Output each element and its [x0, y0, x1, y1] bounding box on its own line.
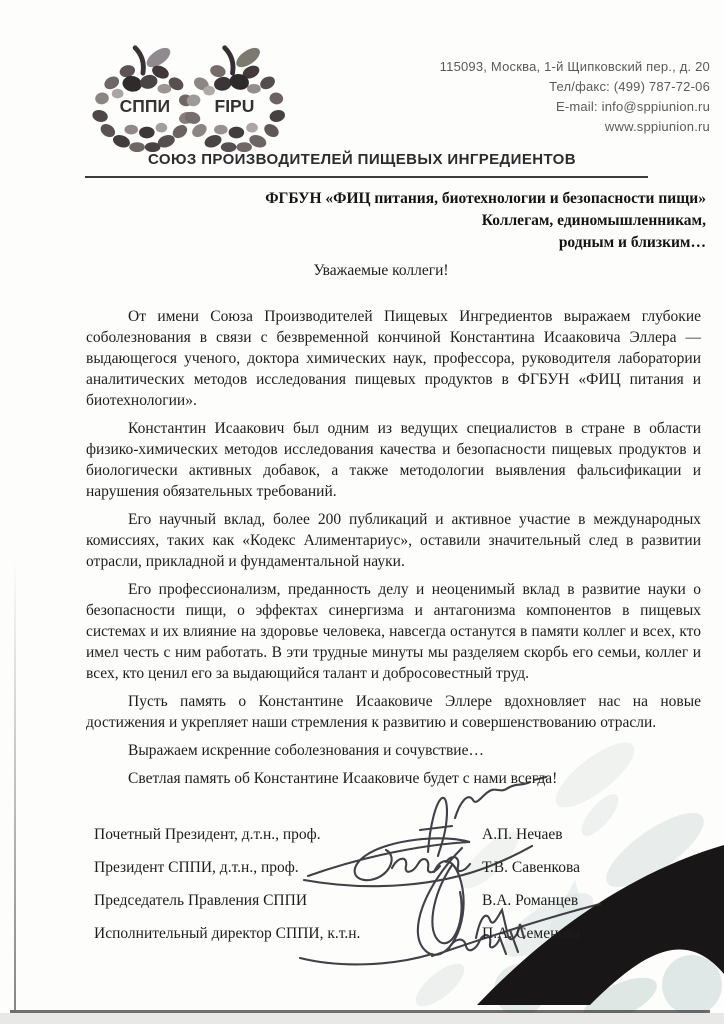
handwritten-signatures: [280, 770, 630, 970]
addressee-block: ФГБУН «ФИЦ питания, биотехнологии и безо…: [265, 188, 706, 254]
contact-block: 115093, Москва, 1-й Щипковский пер., д. …: [440, 57, 710, 137]
paragraph: Выражаем искренние соболезнования и сочу…: [86, 740, 701, 761]
contact-website: www.sppiunion.ru: [440, 117, 710, 137]
addressee-line: ФГБУН «ФИЦ питания, биотехнологии и безо…: [265, 188, 706, 210]
paragraph: Константин Исаакович был одним из ведущи…: [86, 418, 701, 502]
apple-fipu: FIPU: [184, 44, 287, 152]
paragraph: От имени Союза Производителей Пищевых Ин…: [86, 306, 701, 411]
addressee-line: родным и близким…: [265, 232, 706, 254]
logo-label-sppi: СППИ: [120, 96, 170, 116]
header-rule: [85, 176, 648, 178]
signature-stroke: [420, 826, 452, 830]
signer-title: Президент СППИ, д.т.н., проф.: [94, 859, 299, 876]
organization-title: СОЮЗ ПРОИЗВОДИТЕЛЕЙ ПИЩЕВЫХ ИНГРЕДИЕНТОВ: [0, 151, 724, 168]
scan-edge-left: [14, 560, 16, 1010]
sppi-fipu-logo: СППИ: [88, 40, 303, 152]
signature-stroke: [392, 859, 440, 873]
signature-stroke: [455, 782, 530, 818]
signature-stroke: [418, 848, 464, 955]
signature-stroke: [534, 777, 546, 780]
addressee-line: Коллегам, единомышленникам,: [265, 210, 706, 232]
contact-address: 115093, Москва, 1-й Щипковский пер., д. …: [440, 57, 710, 77]
letter-body: От имени Союза Производителей Пищевых Ин…: [86, 306, 701, 796]
apple-sppi: СППИ: [91, 44, 196, 152]
paragraph: Его научный вклад, более 200 публикаций …: [86, 509, 701, 572]
signer-title: Председатель Правления СППИ: [94, 892, 307, 909]
contact-email: E-mail: info@sppiunion.ru: [440, 97, 710, 117]
signature-stroke: [300, 954, 432, 964]
apple-leaf-icon: [233, 44, 263, 71]
scan-edge-bottom-band: [0, 1013, 724, 1024]
paragraph: Его профессионализм, преданность делу и …: [86, 579, 701, 684]
contact-phone: Тел/факс: (499) 787-72-06: [440, 77, 710, 97]
paragraph: Пусть память о Константине Исааковиче Эл…: [86, 691, 701, 733]
apple-stem-icon: [135, 48, 143, 73]
logo-label-fipu: FIPU: [215, 96, 255, 116]
salutation: Уважаемые коллеги!: [0, 262, 724, 280]
apple-stem-icon: [225, 48, 233, 73]
letter-page: СППИ: [0, 0, 724, 1024]
